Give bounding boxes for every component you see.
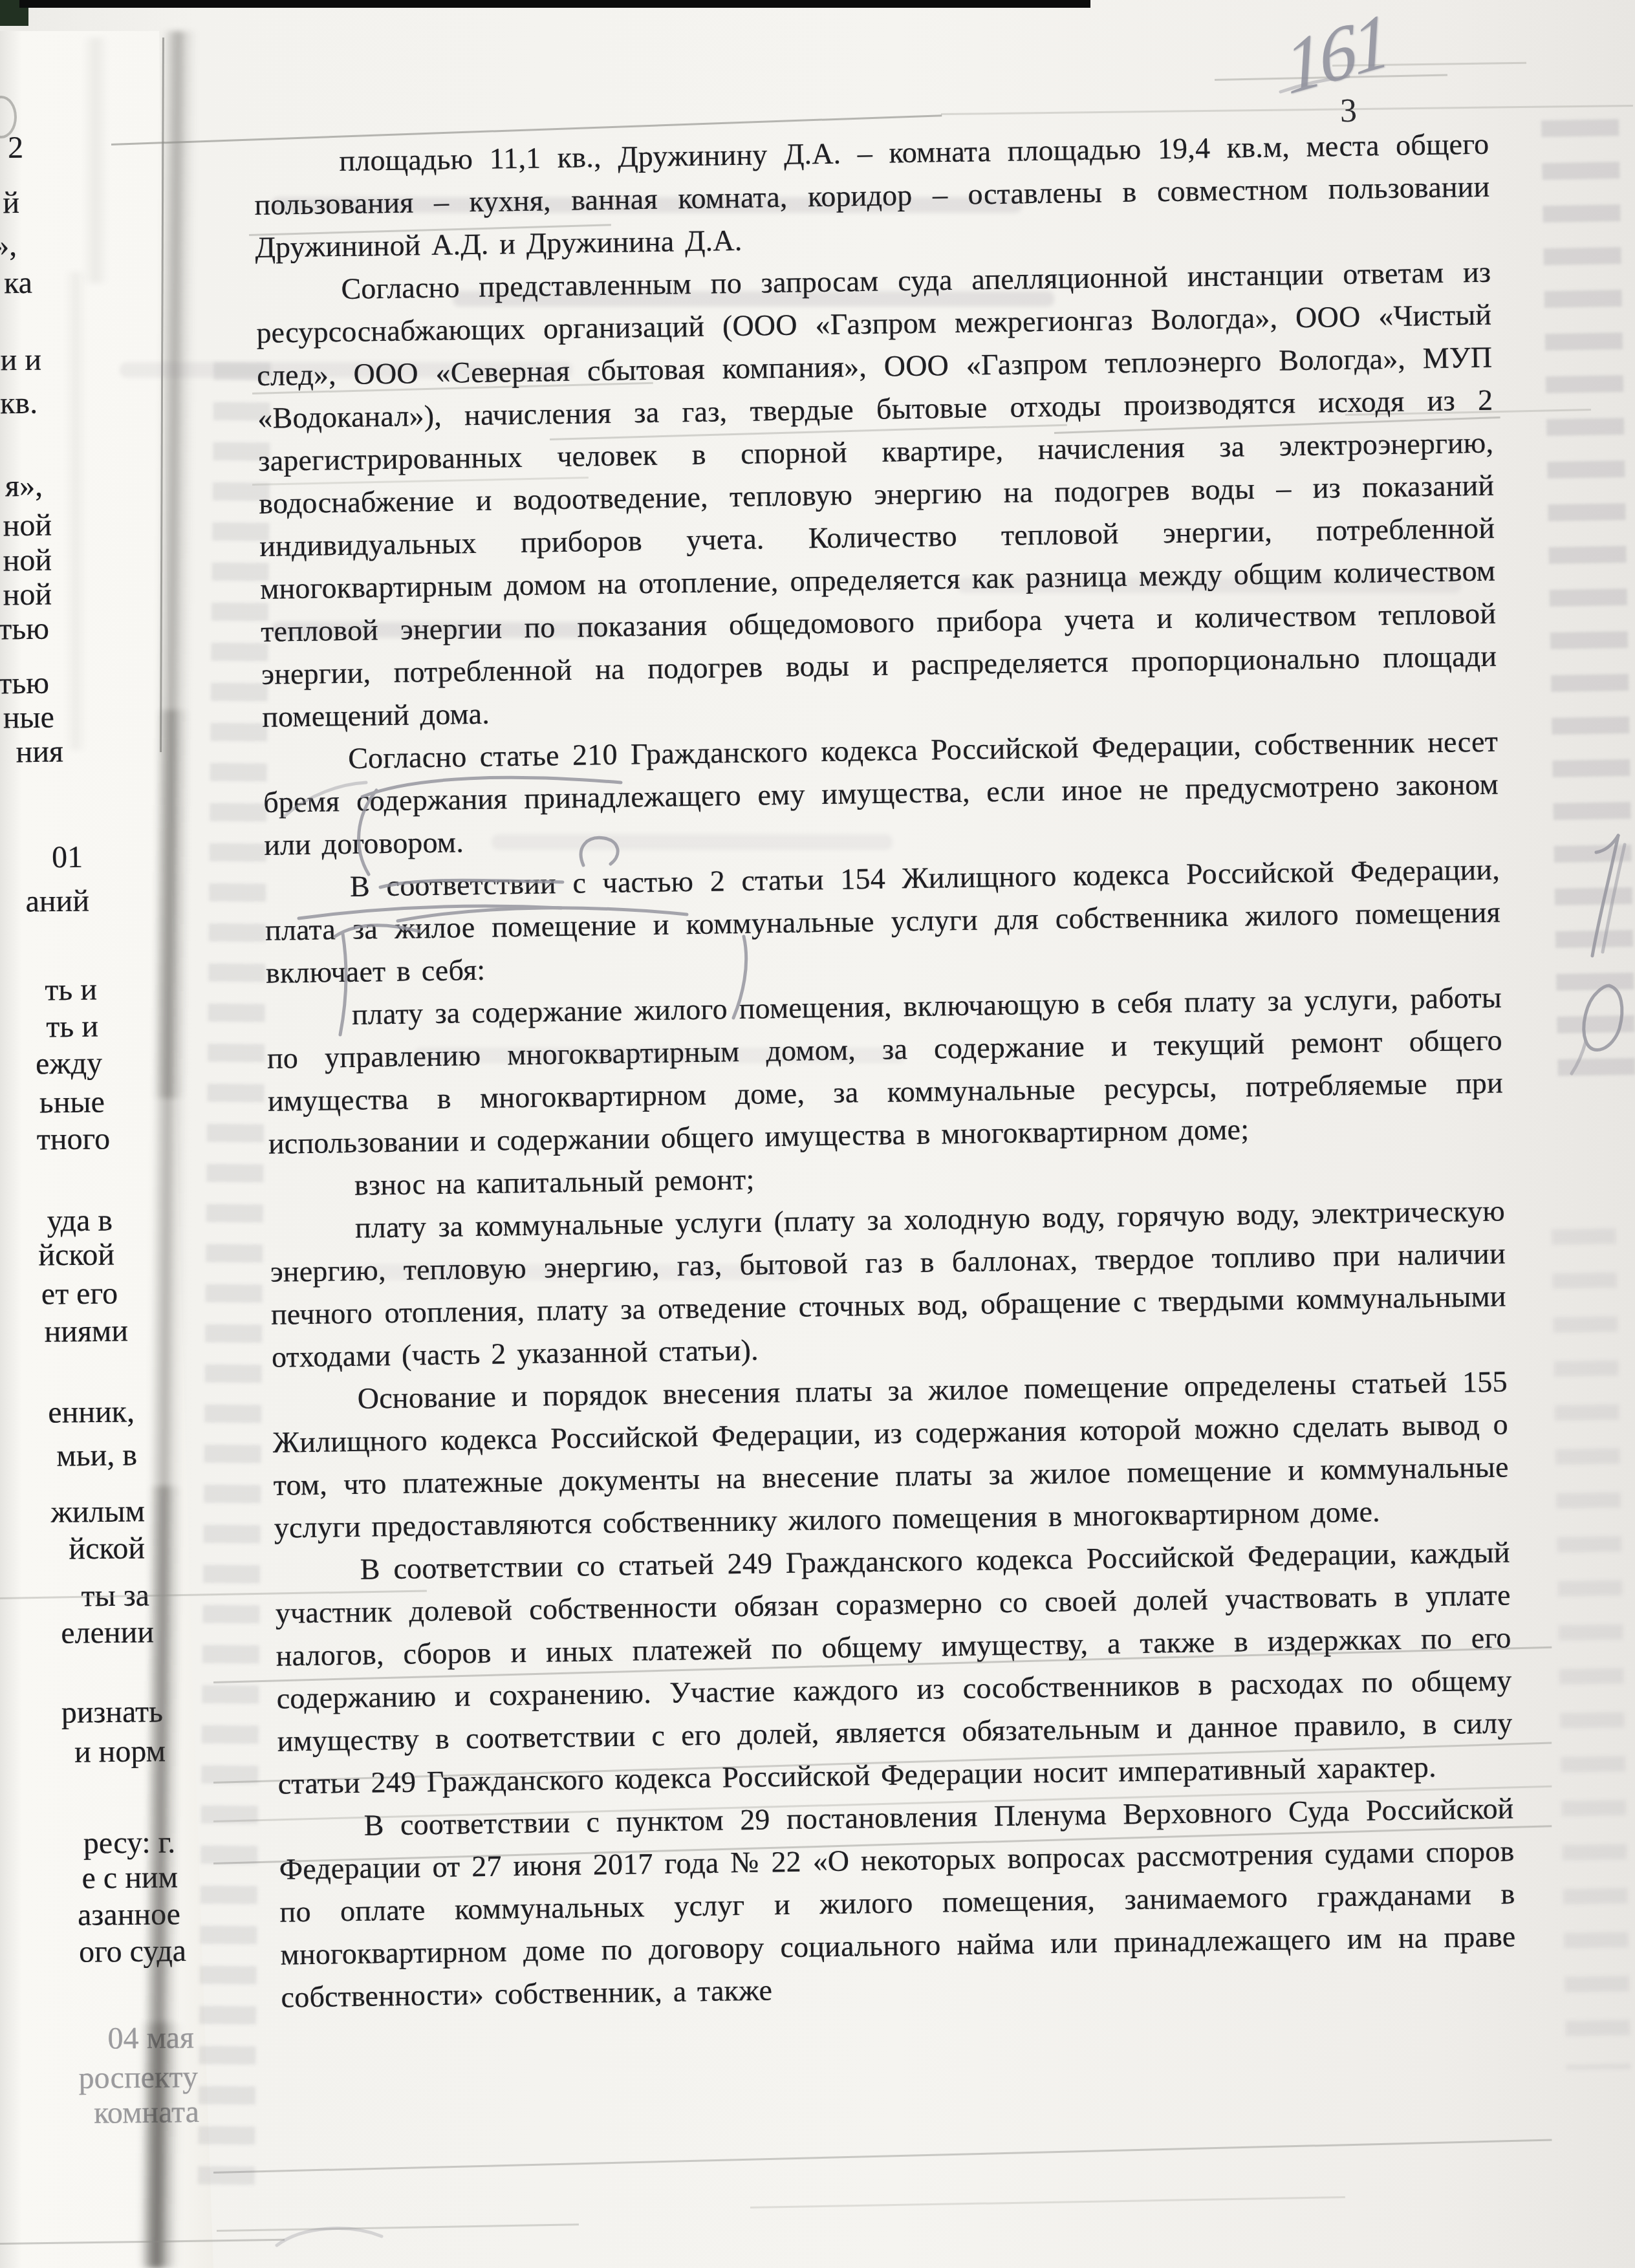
document-paragraph: В соответствии со статьей 249 Гражданско… bbox=[274, 1531, 1513, 1805]
scan-top-edge-artifact bbox=[19, 0, 1090, 8]
document-paragraph: В соответствии с пунктом 29 постановлени… bbox=[278, 1787, 1517, 2018]
bleed-through-column bbox=[1552, 1228, 1631, 2070]
document-paragraph: плату за содержание жилого помещения, вк… bbox=[266, 977, 1504, 1165]
document-paragraph: плату за коммунальные услуги (плату за х… bbox=[269, 1189, 1507, 1378]
document-paragraph: Согласно представленным по запросам суда… bbox=[255, 251, 1498, 739]
scan-streak bbox=[941, 105, 1633, 115]
handwritten-folio-number: 161 bbox=[1281, 0, 1391, 113]
document-paragraph: площадью 11,1 кв., Дружинину Д.А. – комн… bbox=[254, 123, 1491, 269]
document-paragraph: Основание и порядок внесения платы за жи… bbox=[272, 1360, 1510, 1549]
scan-streak bbox=[217, 2223, 579, 2232]
document-paragraph: Согласно статье 210 Гражданского кодекса… bbox=[263, 720, 1500, 867]
document-paragraph: В соответствии с частью 2 статьи 154 Жил… bbox=[265, 848, 1502, 995]
scan-streak bbox=[750, 2196, 1345, 2209]
pencil-swirl bbox=[277, 2229, 382, 2245]
bleed-through-column bbox=[1541, 119, 1635, 1090]
scanned-court-document-page: 2й»,каи икв.я»,нойнойнойтьютьюныения01ан… bbox=[0, 0, 1635, 2268]
scan-streak bbox=[213, 2139, 1552, 2174]
document-body: площадью 11,1 кв., Дружинину Д.А. – комн… bbox=[254, 123, 1517, 2019]
